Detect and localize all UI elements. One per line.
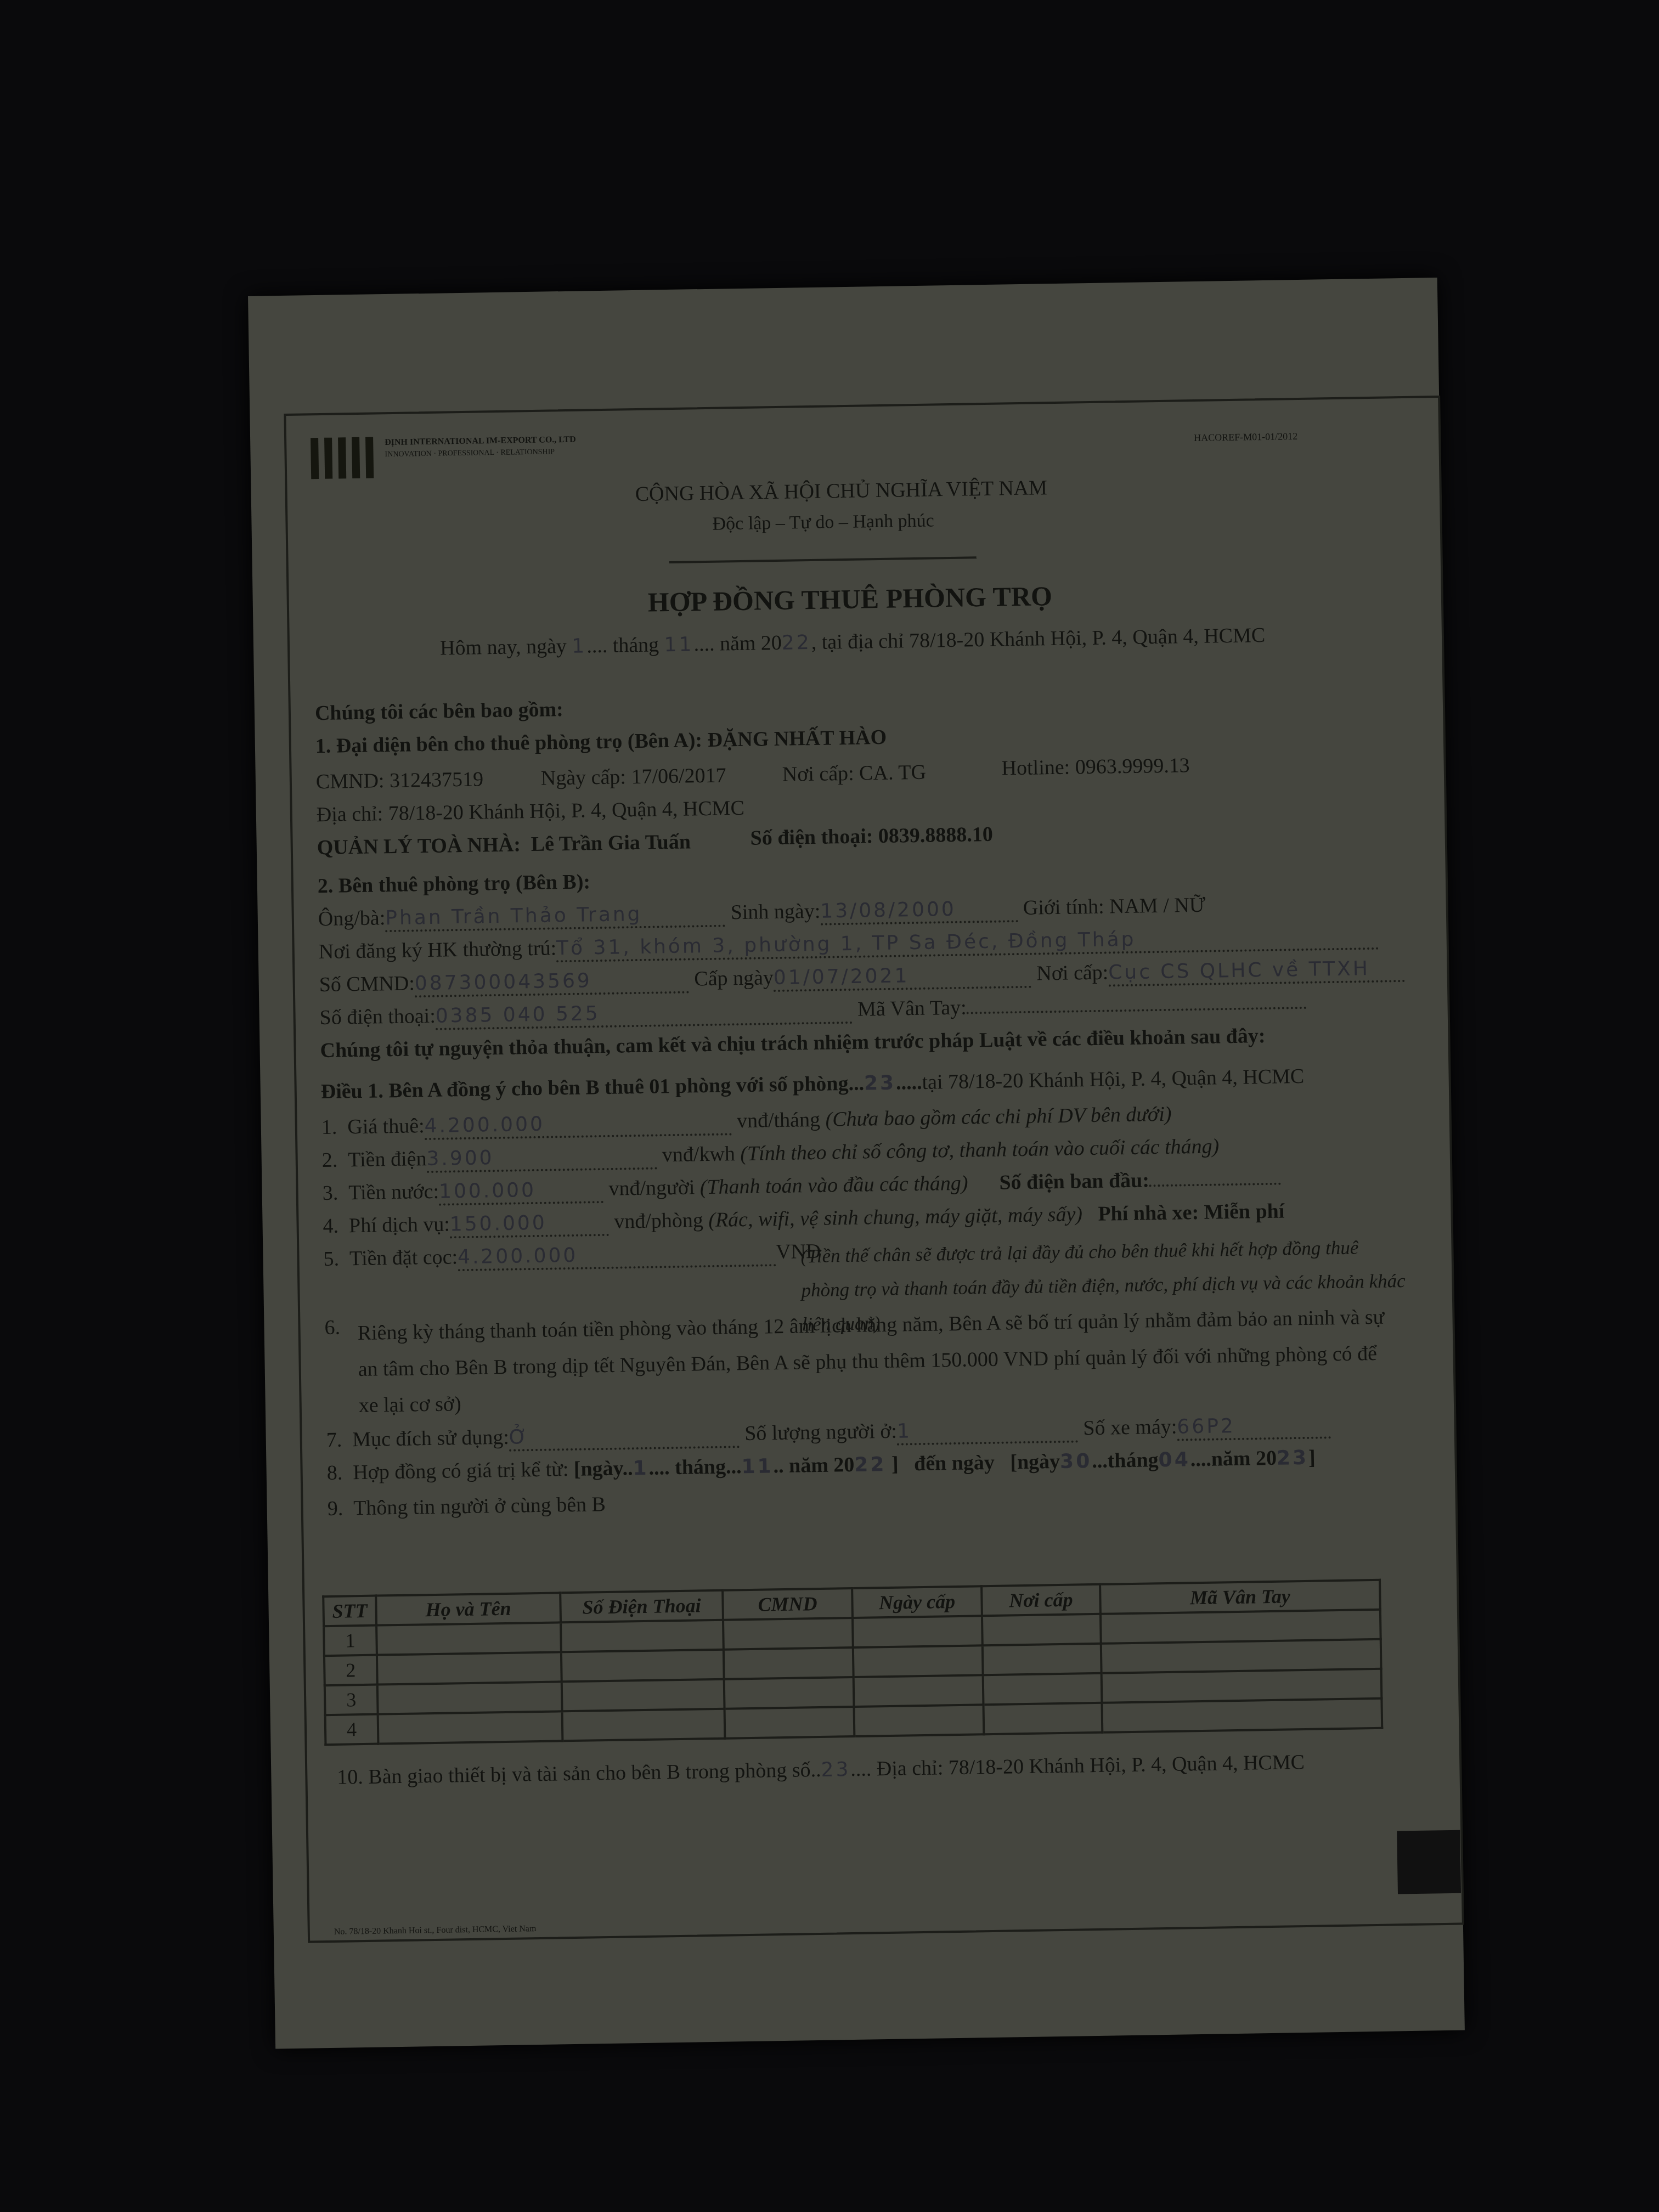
end-day: 30 (1060, 1450, 1092, 1473)
black-square-mark (1397, 1830, 1461, 1894)
party-b-name: Phan Trần Thảo Trang (385, 903, 642, 929)
room-number: 23 (864, 1072, 896, 1095)
company-logo-icon (311, 437, 377, 479)
manager-phone: Số điện thoại: 0839.8888.10 (750, 822, 993, 850)
start-year: 22 (854, 1453, 887, 1476)
party-b-dob: 13/08/2000 (820, 898, 956, 923)
water-value: 100.000 (439, 1179, 536, 1203)
rent-value: 4.200.000 (424, 1113, 545, 1137)
end-year: 23 (1277, 1447, 1309, 1470)
national-motto: Độc lập – Tự do – Hạnh phúc (712, 510, 934, 534)
people-count: 1 (897, 1420, 912, 1442)
party-b-cmnd-place: Cục CS QLHC về TTXH (1108, 957, 1370, 984)
handover-room: 23 (821, 1758, 850, 1781)
contract-sheet: ĐỊNH INTERNATIONAL IM-EXPORT CO., LTD IN… (248, 278, 1465, 2049)
document-title: HỢP ĐỒNG THUÊ PHÒNG TRỌ (647, 580, 1052, 618)
party-a-cmnd: CMND: 312437519 (316, 767, 484, 794)
party-a-issue-place: Nơi cấp: CA. TG (782, 760, 926, 787)
party-b-heading: 2. Bên thuê phòng trọ (Bên B): (318, 870, 591, 898)
start-day: 1 (633, 1457, 649, 1480)
party-a-issue-date: Ngày cấp: 17/06/2017 (541, 763, 726, 790)
party-b-cmnd: 087300043569 (415, 969, 592, 995)
item-cooccupants: 9. Thông tin người ở cùng bên B (327, 1492, 606, 1521)
cooccupant-table: STT Họ và Tên Số Điện Thoại CMND Ngày cấ… (322, 1579, 1383, 1746)
contract-year: 22 (782, 631, 811, 654)
end-month: 04 (1158, 1448, 1190, 1471)
deposit-value: 4.200.000 (458, 1244, 578, 1268)
contract-month: 11 (664, 633, 693, 656)
doc-code: HACOREF-M01-01/2012 (1194, 431, 1297, 444)
party-b-phone: 0385 040 525 (435, 1002, 600, 1028)
party-a-name: ĐẶNG NHẤT HÀO (707, 726, 887, 752)
manager-label: QUẢN LÝ TOÀ NHÀ: (317, 832, 521, 860)
usage-value: Ở (509, 1426, 529, 1449)
motorbike-count: 66P2 (1177, 1415, 1235, 1438)
contract-day: 1 (572, 635, 587, 657)
party-a-hotline: Hotline: 0963.9999.13 (1001, 753, 1190, 780)
party-b-gender: NAM / NỮ (1109, 894, 1206, 918)
item-6-number: 6. (324, 1316, 340, 1340)
item-tet-fee: Riêng kỳ tháng thanh toán tiền phòng vào… (357, 1299, 1401, 1424)
service-fee-value: 150.000 (449, 1212, 546, 1236)
electricity-value: 3.900 (426, 1147, 494, 1170)
parties-intro: Chúng tôi các bên bao gồm: (315, 697, 564, 725)
start-month: 11 (741, 1455, 774, 1478)
party-b-cmnd-date: 01/07/2021 (774, 964, 910, 989)
manager-name: Lê Trần Gia Tuấn (531, 830, 691, 856)
